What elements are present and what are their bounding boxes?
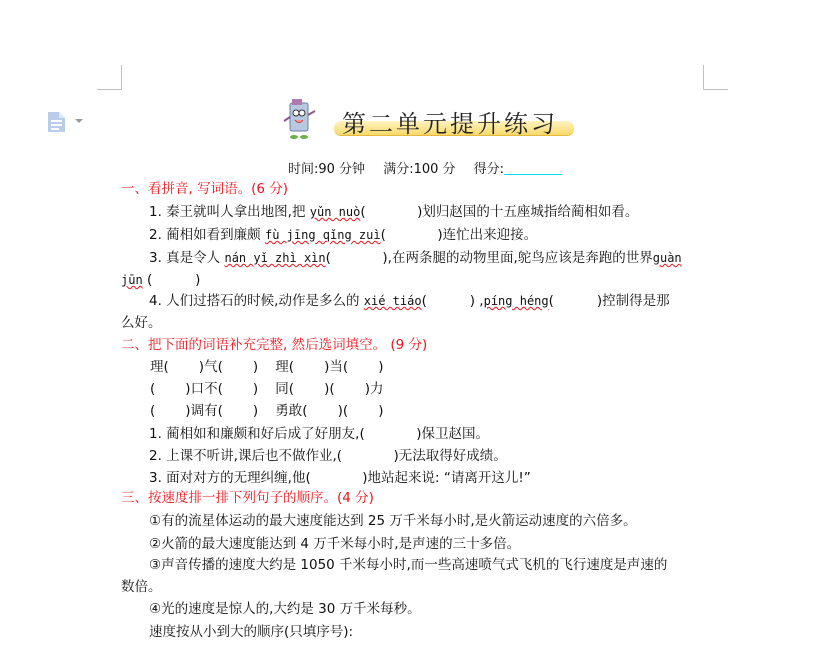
word-fill-row[interactable]: ( )调有( ) 勇敢( )( ) bbox=[150, 402, 383, 420]
page-title: 第二单元提升练习 bbox=[342, 104, 558, 139]
speed-item-cont: 数倍。 bbox=[121, 578, 162, 596]
exam-meta: 时间:90 分钟 满分:100 分 得分: bbox=[288, 158, 576, 177]
answer-blank[interactable]: ( ) bbox=[549, 293, 602, 309]
question-1-2: 2. 蔺相如看到廉颇 fù jīng qǐng zuì( )连忙出来迎接。 bbox=[149, 226, 537, 244]
section-3-heading: 三、按速度排一排下列句子的顺序。(4 分) bbox=[121, 489, 374, 507]
book-mascot-icon bbox=[282, 97, 318, 141]
time-limit: 时间:90 分钟 bbox=[288, 162, 365, 177]
pinyin: píng héng bbox=[484, 294, 549, 308]
section-2-heading: 二、把下面的词语补充完整, 然后选词填空。 (9 分) bbox=[121, 336, 427, 354]
answer-blank[interactable]: ( ) bbox=[360, 204, 422, 220]
answer-blank[interactable]: ( ) bbox=[143, 272, 201, 288]
title-banner: 第二单元提升练习 bbox=[278, 95, 578, 143]
speed-item: ③声音传播的速度大约是 1050 千米每小时,而一些高速喷气式飞机的飞行速度是声… bbox=[149, 556, 667, 574]
question-1-3: 3. 真是令人 nán yǐ zhì xìn( ),在两条腿的动物里面,鸵鸟应该… bbox=[149, 249, 682, 267]
pinyin: jūn bbox=[121, 273, 143, 287]
pinyin: guàn bbox=[653, 251, 682, 265]
pinyin: xié tiáo bbox=[364, 294, 422, 308]
answer-blank[interactable]: ( ) bbox=[326, 250, 388, 266]
fill-sentence[interactable]: 1. 蔺相如和廉颇和好后成了好朋友,( )保卫赵国。 bbox=[149, 425, 489, 443]
fill-sentence[interactable]: 2. 上课不听讲,课后也不做作业,( )无法取得好成绩。 bbox=[149, 447, 507, 465]
word-fill-row[interactable]: 理( )气( ) 理( )当( ) bbox=[150, 358, 383, 376]
pinyin: nán yǐ zhì xìn bbox=[224, 251, 325, 265]
page-corner-mark-right bbox=[703, 65, 728, 90]
speed-item: ④光的速度是惊人的,大约是 30 万千米每秒。 bbox=[149, 600, 421, 618]
question-1-1: 1. 秦王就叫人拿出地图,把 yǔn nuò( )划归赵国的十五座城指给蔺相如看… bbox=[149, 203, 638, 221]
speed-item: ①有的流星体运动的最大速度能达到 25 万千米每小时,是火箭运动速度的六倍多。 bbox=[149, 512, 637, 530]
full-score: 满分:100 分 bbox=[383, 162, 455, 177]
pinyin: fù jīng qǐng zuì bbox=[265, 228, 381, 242]
document-navigation-icon[interactable] bbox=[47, 111, 67, 133]
page-corner-mark-left bbox=[97, 65, 122, 90]
fill-sentence[interactable]: 3. 面对对方的无理纠缠,他( )地站起来说: “请离开这儿!” bbox=[149, 469, 531, 487]
section-1-heading: 一、看拼音, 写词语。(6 分) bbox=[121, 180, 288, 198]
score-field[interactable] bbox=[504, 174, 562, 175]
word-fill-row[interactable]: ( )口不( ) 同( )( )力 bbox=[150, 380, 383, 398]
question-1-3-cont: jūn ( ) bbox=[121, 271, 200, 289]
question-1-4: 4. 人们过搭石的时候,动作是多么的 xié tiáo( ) ,píng hén… bbox=[149, 292, 670, 310]
answer-prompt: 速度按从小到大的顺序(只填序号): bbox=[149, 623, 353, 641]
score-label: 得分: bbox=[474, 162, 504, 177]
question-1-4-cont: 么好。 bbox=[121, 314, 162, 332]
speed-item: ②火箭的最大速度能达到 4 万千米每小时,是声速的三十多倍。 bbox=[149, 535, 520, 553]
answer-blank[interactable]: ( ) bbox=[381, 227, 443, 243]
pinyin: yǔn nuò bbox=[310, 205, 361, 219]
answer-blank[interactable]: ( ) bbox=[422, 293, 475, 309]
chevron-down-icon[interactable] bbox=[75, 119, 83, 123]
